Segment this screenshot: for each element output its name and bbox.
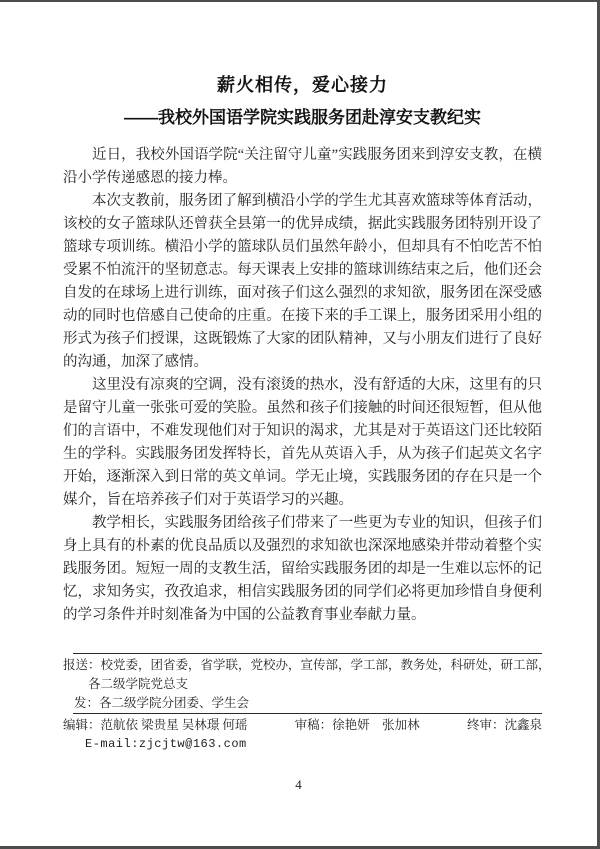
paragraph-1: 近日，我校外国语学院“关注留守儿童”实践服务团来到淳安支教，在横沿小学传递感恩的… <box>63 144 542 190</box>
footer-divider-top <box>73 653 542 654</box>
document-title: 薪火相传，爱心接力 <box>63 2 542 98</box>
paragraph-4: 教学相长，实践服务团给孩子们带来了一些更为专业的知识，但孩子们身上具有的朴素的优… <box>63 512 542 627</box>
footer-divider-bottom <box>73 713 542 714</box>
reviewers: 审稿：徐艳妍 张加林 <box>295 716 420 735</box>
newsletter-footer: 报送：校党委，团省委，省学联，党校办，宣传部，学工部，教务处，科研处，研工部， … <box>63 653 542 754</box>
paragraph-3: 这里没有凉爽的空调，没有滚烫的热水，没有舒适的大床，这里有的只是留守儿童一张张可… <box>63 374 542 512</box>
page-number: 4 <box>0 777 597 793</box>
editors: 编辑：范航依 梁贵星 吴林璟 何瑶 <box>63 716 247 735</box>
paragraph-2: 本次支教前，服务团了解到横沿小学的学生尤其喜欢篮球等体育活动，该校的女子篮球队还… <box>63 190 542 374</box>
report-to-line-2: 各二级学院党总支 <box>63 675 542 694</box>
document-page: 薪火相传，爱心接力 ——我校外国语学院实践服务团赴淳安支教纪实 近日，我校外国语… <box>0 0 600 849</box>
page-content: 薪火相传，爱心接力 ——我校外国语学院实践服务团赴淳安支教纪实 近日，我校外国语… <box>63 2 542 627</box>
document-subtitle: ——我校外国语学院实践服务团赴淳安支教纪实 <box>63 106 542 130</box>
credits-row: 编辑：范航依 梁贵星 吴林璟 何瑶 审稿：徐艳妍 张加林 终审：沈鑫泉 <box>63 716 542 735</box>
final-reviewer: 终审：沈鑫泉 <box>467 716 542 735</box>
distribute-line: 发：各二级学院分团委、学生会 <box>63 694 542 713</box>
report-to-line-1: 报送：校党委，团省委，省学联，党校办，宣传部，学工部，教务处，科研处，研工部， <box>63 656 542 675</box>
email-address: E-mail:zjcjtw@163.com <box>63 735 542 754</box>
article-body: 近日，我校外国语学院“关注留守儿童”实践服务团来到淳安支教，在横沿小学传递感恩的… <box>63 144 542 627</box>
